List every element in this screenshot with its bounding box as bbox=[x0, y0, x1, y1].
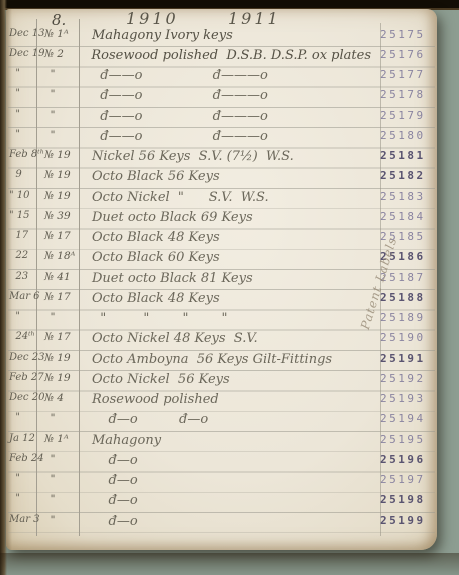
ledger-row: Mar 3 " đ—o 25199 bbox=[6, 514, 437, 534]
entry-date: Feb 24 bbox=[6, 453, 39, 464]
serial-number: 25176 bbox=[371, 48, 437, 61]
entry-date: 17 bbox=[6, 230, 39, 241]
serial-number: 25193 bbox=[371, 392, 437, 405]
serial-number: 25177 bbox=[371, 68, 437, 81]
ledger-row: Feb 27 № 19 Octo Nickel 56 Keys 25192 bbox=[6, 372, 437, 392]
entry-date: " 10 bbox=[6, 190, 39, 201]
entry-description: Duet octo Black 81 Keys bbox=[88, 271, 371, 286]
entry-description: Nickel 56 Keys S.V. (7½) W.S. bbox=[88, 149, 371, 164]
entry-description: Mahagony Ivory keys bbox=[88, 28, 371, 43]
ledger-row: " 10 № 19 Octo Nickel " S.V. W.S. 25183 bbox=[6, 190, 437, 210]
model-number: № 19 bbox=[39, 169, 88, 181]
model-number: № 19 bbox=[39, 190, 88, 202]
entry-date: " bbox=[6, 493, 39, 504]
entry-description: Mahagony bbox=[88, 433, 371, 448]
folio-number: 8. bbox=[52, 11, 66, 29]
entry-date: Mar 3 bbox=[6, 514, 39, 525]
ledger-row: " " đ——o đ———o 25180 bbox=[6, 129, 437, 149]
entry-date: " bbox=[6, 412, 39, 423]
model-number: № 2 bbox=[39, 48, 87, 60]
serial-number: 25194 bbox=[371, 412, 437, 425]
entry-date: Feb 27 bbox=[6, 372, 39, 383]
serial-number: 25195 bbox=[371, 433, 437, 446]
entry-date: " bbox=[6, 88, 39, 99]
serial-number: 25191 bbox=[371, 352, 437, 365]
serial-number: 25189 bbox=[371, 311, 437, 324]
model-number: " bbox=[39, 453, 88, 465]
entry-date: 9 bbox=[6, 169, 39, 180]
entry-date: 22 bbox=[6, 250, 39, 261]
entry-description: đ—o bbox=[88, 473, 371, 488]
serial-number: 25182 bbox=[371, 169, 437, 182]
entry-description: Octo Black 48 Keys bbox=[88, 230, 371, 245]
ledger-row: Ja 12 № 1ᴬ Mahagony 25195 bbox=[6, 433, 437, 453]
ledger-row: Dec 20 № 4 Rosewood polished 25193 bbox=[6, 392, 437, 412]
entry-description: Octo Amboyna 56 Keys Gilt-Fittings bbox=[88, 352, 371, 367]
ledger-row: " " đ—o 25198 bbox=[6, 493, 437, 513]
serial-number: 25198 bbox=[371, 493, 437, 506]
model-number: " bbox=[39, 473, 88, 485]
model-number: № 17 bbox=[39, 291, 88, 303]
serial-number: 25197 bbox=[371, 473, 437, 486]
entry-date: Ja 12 bbox=[6, 433, 39, 444]
page-bottom-shadow bbox=[0, 553, 459, 575]
serial-number: 25196 bbox=[371, 453, 437, 466]
model-number: № 1ᴬ bbox=[39, 433, 88, 445]
model-number: № 17 bbox=[39, 331, 88, 343]
entry-description: đ——o đ———o bbox=[88, 129, 371, 144]
year-heading-1910: 1910 bbox=[126, 9, 179, 28]
entry-description: Octo Black 48 Keys bbox=[88, 291, 371, 306]
entry-description: Duet octo Black 69 Keys bbox=[88, 210, 371, 225]
entry-date: 24ᵗʰ bbox=[6, 331, 39, 342]
entry-description: Octo Nickel " S.V. W.S. bbox=[88, 190, 371, 205]
ledger-row: Feb 8ᵗʰ № 19 Nickel 56 Keys S.V. (7½) W.… bbox=[6, 149, 437, 169]
entry-date: Feb 8ᵗʰ bbox=[6, 149, 39, 160]
entry-date: " bbox=[6, 68, 39, 79]
ledger-row: Dec 13 № 1ᴬ Mahagony Ivory keys 25175 bbox=[6, 28, 437, 48]
serial-number: 25181 bbox=[371, 149, 437, 162]
ledger-row: Feb 24 " đ—o 25196 bbox=[6, 453, 437, 473]
serial-number: 25178 bbox=[371, 88, 437, 101]
model-number: " bbox=[39, 493, 88, 505]
model-number: № 18ᴬ bbox=[39, 250, 88, 262]
serial-number: 25192 bbox=[371, 372, 437, 385]
model-number: " bbox=[39, 129, 88, 141]
entry-date: " bbox=[6, 129, 39, 140]
entry-date: " bbox=[6, 473, 39, 484]
entry-date: " bbox=[6, 311, 39, 322]
serial-number: 25179 bbox=[371, 109, 437, 122]
ledger-row: 17 № 17 Octo Black 48 Keys 25185 bbox=[6, 230, 437, 250]
ledger-row: " " đ——o đ———o 25179 bbox=[6, 109, 437, 129]
ledger-page: 8. 1910 1911 Dec 13 № 1ᴬ Mahagony Ivory … bbox=[6, 9, 437, 550]
entry-description: đ—o đ—o bbox=[88, 412, 371, 427]
entry-date: " bbox=[6, 109, 39, 120]
entry-description: Rosewood polished bbox=[88, 392, 371, 407]
model-number: № 19 bbox=[39, 372, 88, 384]
serial-number: 25190 bbox=[371, 331, 437, 344]
model-number: " bbox=[39, 412, 88, 424]
entry-description: đ—o bbox=[88, 453, 371, 468]
model-number: " bbox=[39, 68, 88, 80]
ledger-row: " 15 № 39 Duet octo Black 69 Keys 25184 bbox=[6, 210, 437, 230]
entry-description: Octo Black 60 Keys bbox=[88, 250, 371, 265]
ledger-row: 24ᵗʰ № 17 Octo Nickel 48 Keys S.V. 25190 bbox=[6, 331, 437, 351]
ledger-row: 22 № 18ᴬ Octo Black 60 Keys 25186 bbox=[6, 250, 437, 270]
ledger-row: " " đ——o đ———o 25177 bbox=[6, 68, 437, 88]
model-number: № 1ᴬ bbox=[39, 28, 88, 40]
ledger-row: " " đ—o đ—o 25194 bbox=[6, 412, 437, 432]
year-heading-1911: 1911 bbox=[228, 9, 281, 28]
model-number: " bbox=[39, 311, 88, 323]
entry-description: Rosewood polished D.S.B. D.S.P. ox plate… bbox=[87, 48, 371, 63]
model-number: № 19 bbox=[39, 149, 88, 161]
model-number: № 41 bbox=[39, 271, 88, 283]
entry-date: 23 bbox=[6, 271, 39, 282]
ledger-row: " " đ——o đ———o 25178 bbox=[6, 88, 437, 108]
entry-date: Mar 6 bbox=[6, 291, 39, 302]
entry-date: Dec 13 bbox=[6, 28, 39, 39]
ledger-row: Dec 23 № 19 Octo Amboyna 56 Keys Gilt-Fi… bbox=[6, 352, 437, 372]
entry-description: đ——o đ———o bbox=[88, 88, 371, 103]
serial-number: 25175 bbox=[371, 28, 437, 41]
ledger-row: 9 № 19 Octo Black 56 Keys 25182 bbox=[6, 169, 437, 189]
model-number: № 17 bbox=[39, 230, 88, 242]
entry-date: Dec 19 bbox=[6, 48, 39, 59]
serial-number: 25199 bbox=[371, 514, 437, 527]
model-number: " bbox=[39, 88, 88, 100]
serial-number: 25180 bbox=[371, 129, 437, 142]
entry-description: Octo Nickel 56 Keys bbox=[88, 372, 371, 387]
ledger-row: Dec 19 № 2 Rosewood polished D.S.B. D.S.… bbox=[6, 48, 437, 68]
ledger-row: " " đ—o 25197 bbox=[6, 473, 437, 493]
entry-description: Octo Black 56 Keys bbox=[88, 169, 371, 184]
entry-description: đ—o bbox=[88, 514, 371, 529]
model-number: № 19 bbox=[39, 352, 88, 364]
serial-number: 25185 bbox=[371, 230, 437, 243]
entry-date: Dec 20 bbox=[6, 392, 39, 403]
entry-description: " " " " bbox=[88, 311, 371, 326]
entry-date: " 15 bbox=[6, 210, 39, 221]
entry-description: đ——o đ———o bbox=[88, 68, 371, 83]
model-number: " bbox=[39, 109, 88, 121]
entry-description: Octo Nickel 48 Keys S.V. bbox=[88, 331, 371, 346]
entry-date: Dec 23 bbox=[6, 352, 39, 363]
entry-description: đ——o đ———o bbox=[88, 109, 371, 124]
model-number: № 39 bbox=[39, 210, 88, 222]
model-number: № 4 bbox=[39, 392, 88, 404]
model-number: " bbox=[39, 514, 88, 526]
entry-description: đ—o bbox=[88, 493, 371, 508]
